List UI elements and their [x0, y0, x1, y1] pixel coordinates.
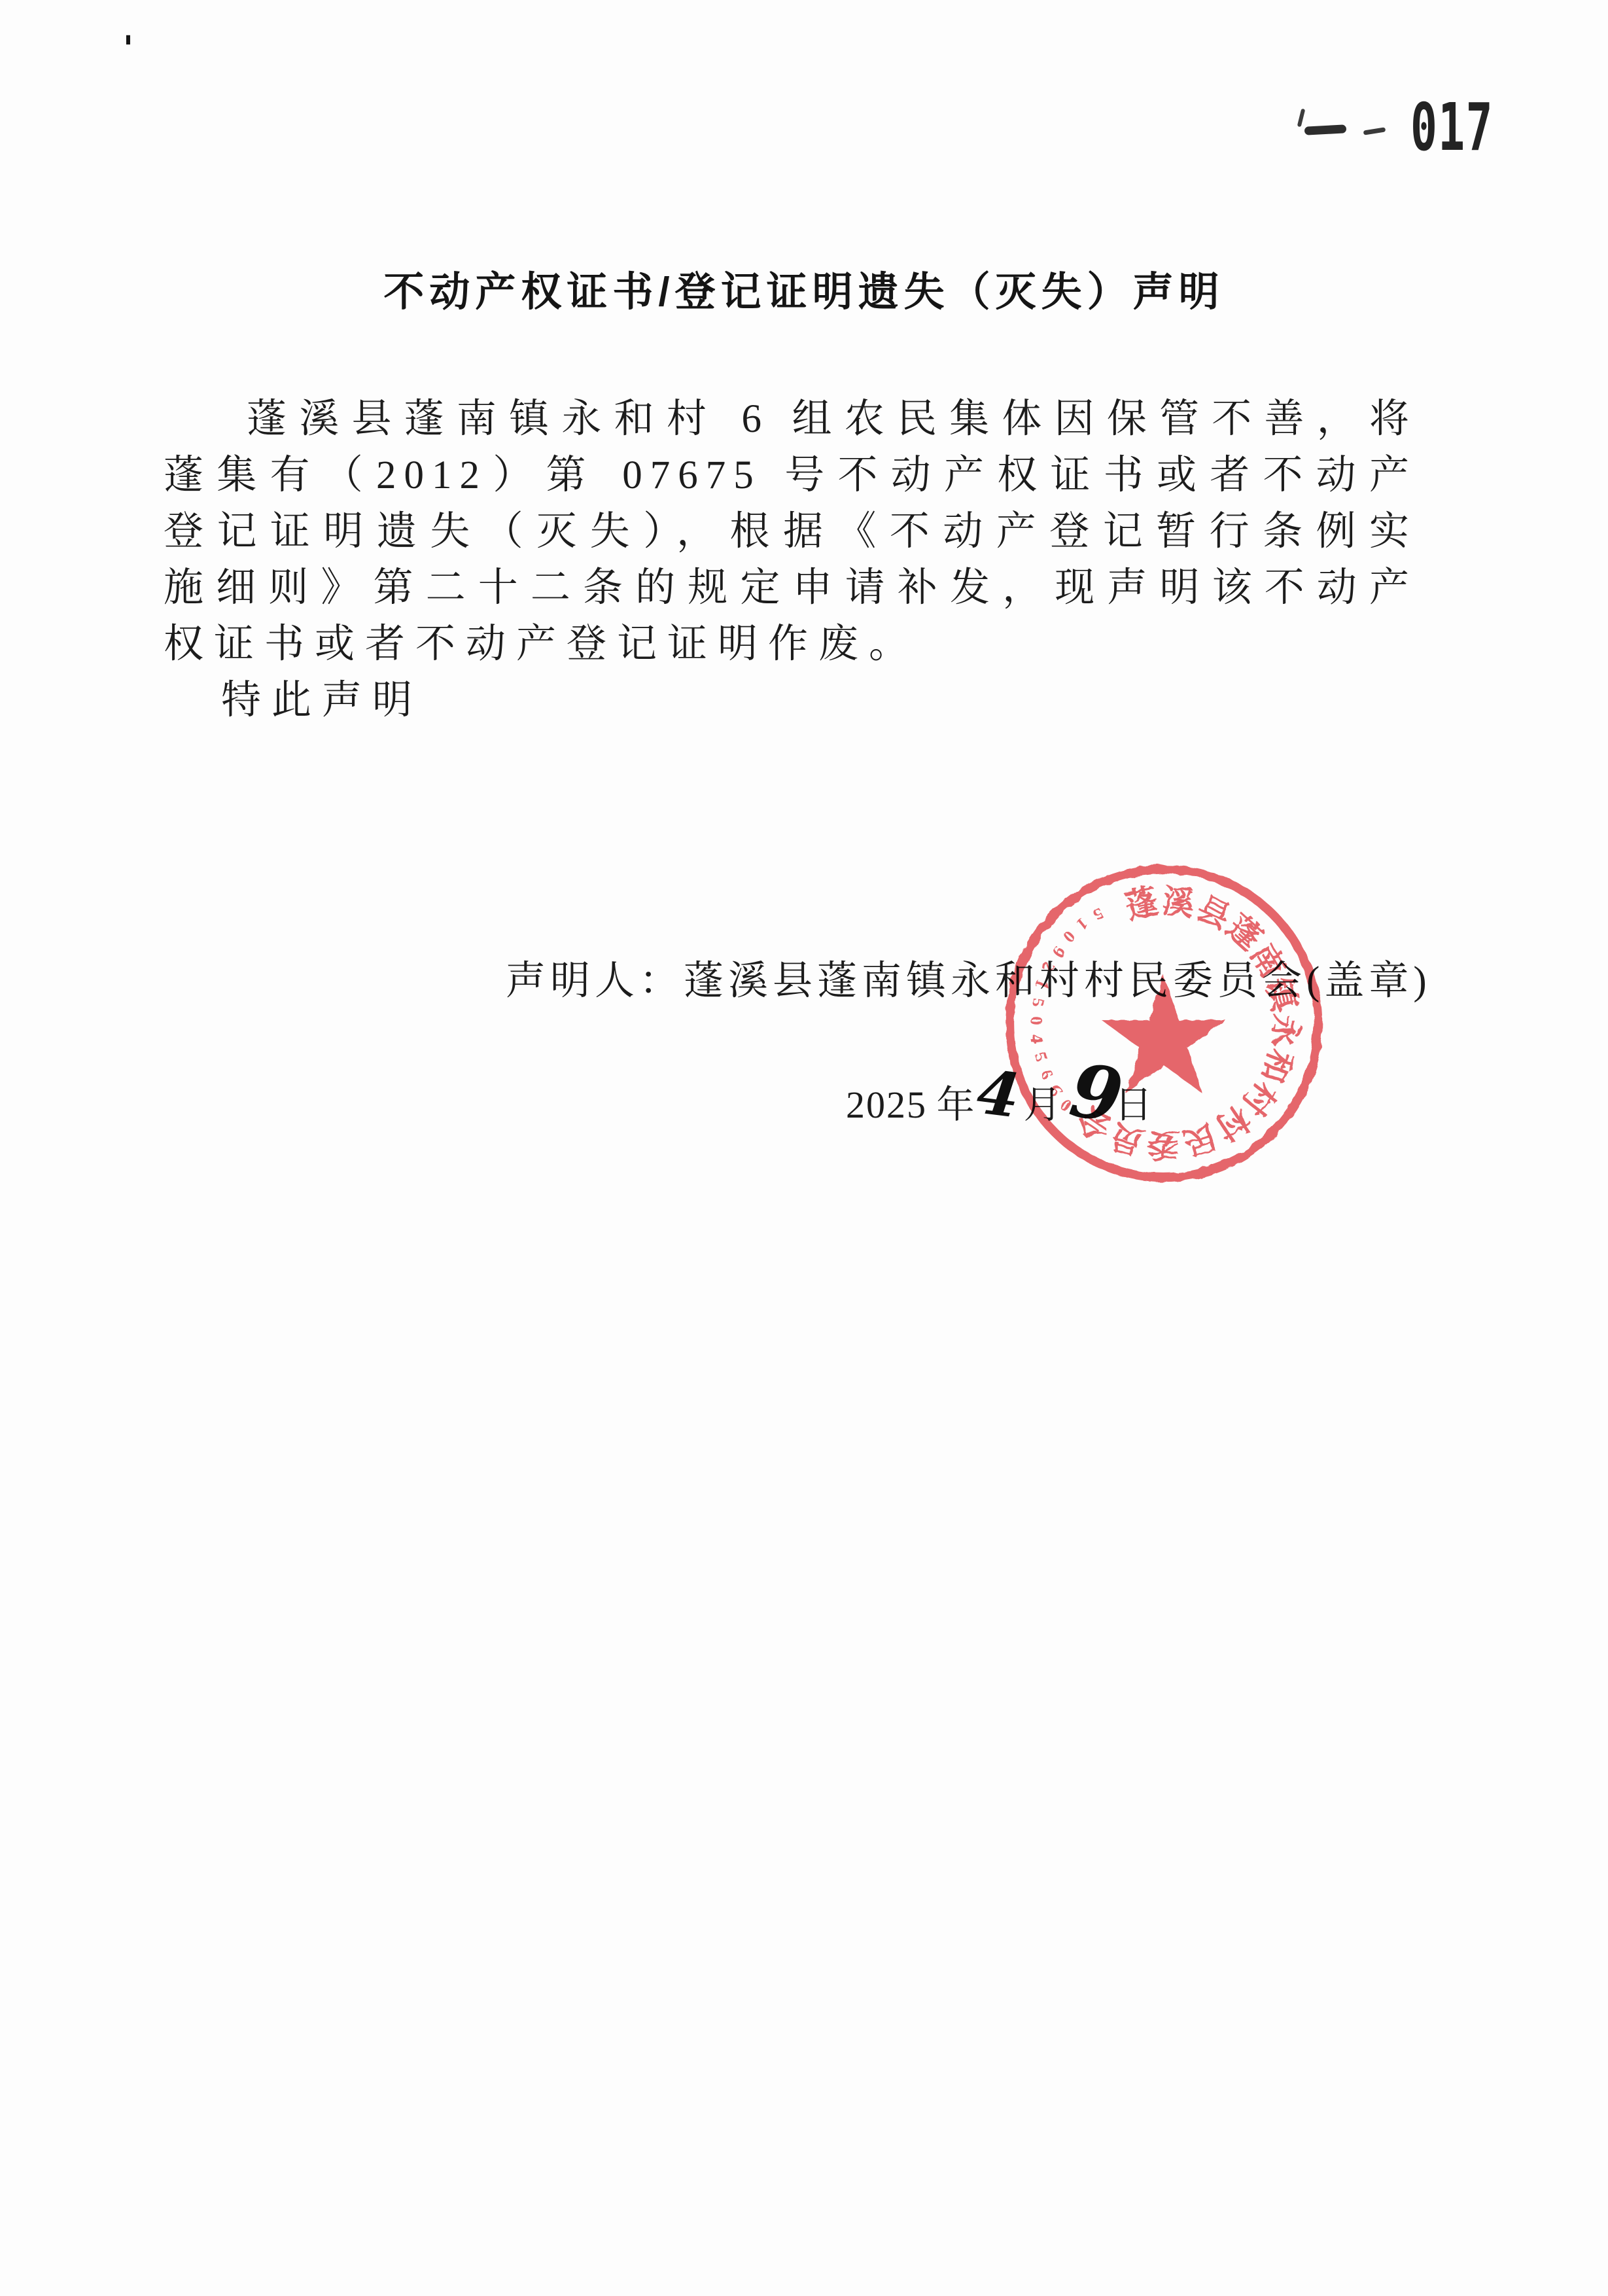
body-line: 施细则》第二十二条的规定申请补发，现声明该不动产	[164, 560, 1417, 616]
official-seal: 蓬溪县蓬南镇永和村村民委员会 5109215045660	[1000, 860, 1327, 1187]
body-line: 登记证明遗失（灭失），根据《不动产登记暂行条例实	[164, 504, 1417, 560]
ink-tick-mark	[1297, 109, 1306, 128]
declaration-body: 蓬溪县蓬南镇永和村 6 组农民集体因保管不善，将 蓬集有（2012）第 0767…	[0, 391, 1608, 729]
date-year-unit: 年	[937, 1084, 976, 1126]
page-number-stamp: 017	[1410, 89, 1494, 166]
body-closing-line: 特此声明	[164, 673, 1417, 729]
seal-star	[1102, 975, 1226, 1093]
ink-dash-mark	[1363, 127, 1386, 135]
body-line: 权证书或者不动产登记证明作废。	[164, 616, 1417, 673]
ink-dash-mark	[1304, 124, 1347, 135]
scanned-document-page: ' 017 不动产权证书/登记证明遗失（灭失）声明 蓬溪县蓬南镇永和村 6 组农…	[0, 0, 1608, 2296]
body-line: 蓬集有（2012）第 07675 号不动产权证书或者不动产	[164, 448, 1417, 504]
date-year: 2025	[846, 1084, 927, 1126]
stray-ink-mark: '	[123, 29, 133, 69]
body-line: 蓬溪县蓬南镇永和村 6 组农民集体因保管不善，将	[164, 391, 1417, 448]
document-title: 不动产权证书/登记证明遗失（灭失）声明	[0, 259, 1608, 317]
